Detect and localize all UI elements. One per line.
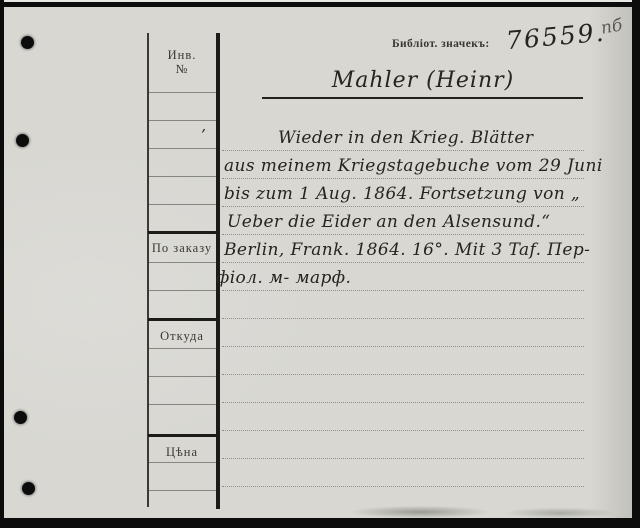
stray-ink-mark: ’: [201, 126, 206, 144]
library-stamp-number: 76559.: [505, 18, 607, 56]
ruled-line: [222, 402, 584, 403]
ruled-line: [222, 150, 584, 151]
column-section-line: [148, 231, 218, 234]
ruled-line: [222, 318, 584, 319]
entry-line: фіол. м- марф.: [216, 265, 351, 291]
field-label-inventory-line1: Инв.: [148, 48, 216, 62]
punch-hole: [16, 134, 29, 147]
ruled-line: [222, 290, 584, 291]
ruled-line: [222, 430, 584, 431]
ruled-line: [222, 234, 584, 235]
column-cell-line: [148, 404, 216, 405]
author-underline: [262, 97, 583, 99]
catalog-card-scan: Инв. № По заказу Откуда Цѣна Библіот. зн…: [0, 0, 640, 528]
column-cell-line: [148, 376, 216, 377]
entry-line: Wieder in den Krieg. Blätter: [278, 125, 533, 151]
scan-edge-right: [632, 0, 640, 528]
column-cell-line: [148, 148, 216, 149]
entry-line: aus meinem Kriegstagebuche vom 29 Juni: [224, 153, 603, 179]
column-cell-line: [148, 290, 216, 291]
pencil-corner-mark: пб: [600, 15, 624, 38]
ruled-line: [222, 262, 584, 263]
ruled-line: [222, 346, 584, 347]
ruled-line: [222, 178, 584, 179]
scan-edge-bottom: [0, 518, 640, 528]
column-cell-line: [148, 348, 216, 349]
punch-hole: [22, 482, 35, 495]
column-section-line: [148, 434, 218, 437]
punch-hole: [14, 411, 27, 424]
field-label-inventory: Инв. №: [148, 48, 216, 76]
column-cell-line: [148, 120, 216, 121]
ruled-line: [222, 206, 584, 207]
column-cell-line: [148, 176, 216, 177]
field-label-price: Цѣна: [148, 445, 216, 459]
scan-edge-top: [0, 2, 640, 7]
entry-line: Ueber die Eider an den Alsensund.“: [227, 209, 550, 235]
author-heading: Mahler (Heinr): [262, 66, 584, 96]
column-section-line: [148, 318, 218, 321]
field-label-inventory-line2: №: [148, 62, 216, 76]
column-cell-line: [148, 204, 216, 205]
column-cell-line: [148, 462, 216, 463]
entry-line: bis zum 1 Aug. 1864. Fortsetzung von „: [224, 181, 580, 207]
ruled-line: [222, 486, 584, 487]
ruled-line: [222, 458, 584, 459]
ruled-line: [222, 374, 584, 375]
library-stamp-label: Библіот. значекъ:: [392, 38, 490, 50]
field-label-origin: Откуда: [148, 329, 216, 343]
scan-edge-left: [0, 0, 4, 528]
column-cell-line: [148, 92, 216, 93]
column-cell-line: [148, 490, 216, 491]
entry-line: Berlin, Frank. 1864. 16°. Mit 3 Taf. Пер…: [224, 237, 590, 263]
field-label-by-order: По заказу: [148, 241, 216, 255]
punch-hole: [21, 36, 34, 49]
column-cell-line: [148, 262, 216, 263]
